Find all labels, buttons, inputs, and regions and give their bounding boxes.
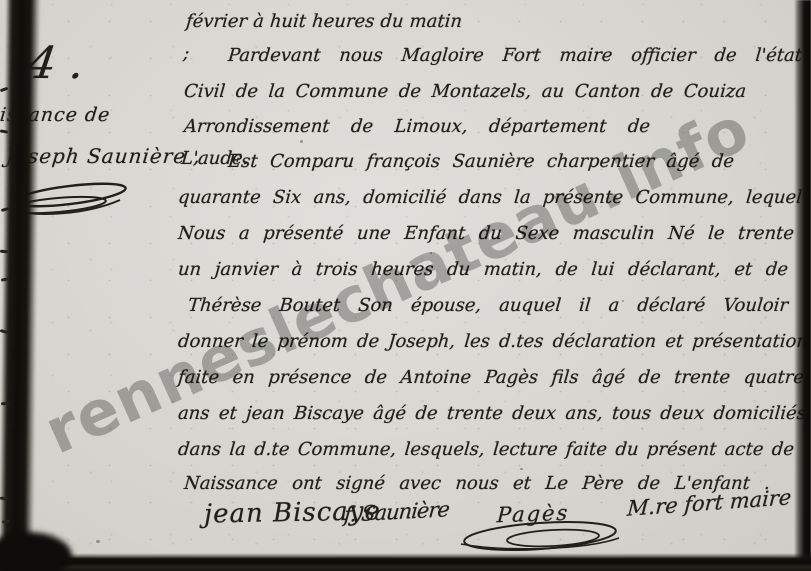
page-corner-shadow [0, 532, 72, 571]
manuscript-line: un janvier à trois heures du matin, de l… [177, 254, 790, 286]
scanned-register-page: 4 . Naissance de Joseph Saunière , févri… [0, 0, 811, 571]
paper-blotch [96, 540, 100, 543]
manuscript-line: Civil de la Commune de Montazels, au Can… [183, 76, 748, 108]
manuscript-line: Pardevant nous Magloire Fort maire offic… [227, 40, 804, 72]
manuscript-line: Arrondissement de Limoux, département de… [183, 111, 652, 143]
manuscript-line: Est Comparu françois Saunière charpentie… [227, 146, 736, 178]
signature-sauniere: f. Saunière [343, 497, 450, 527]
signature-pages: Pagès [496, 501, 570, 528]
manuscript-line: Thérèse Boutet Son épouse, auquel il a d… [187, 290, 790, 322]
manuscript-line: dans la d.te Commune, lesquels, lecture … [177, 434, 796, 466]
manuscript-line: faite en présence de Antoine Pagès fils … [177, 362, 806, 394]
edge-text-fragment [0, 129, 8, 133]
binding-shadow-left [0, 0, 41, 571]
manuscript-line: ans et jean Biscaye âgé de trente deux a… [177, 398, 808, 430]
manuscript-line: quarante Six ans, domicilié dans la prés… [177, 182, 804, 214]
page-edge-right [794, 0, 811, 571]
manuscript-line: Nous a présenté une Enfant du Sexe mascu… [177, 218, 796, 250]
page-edge-bottom [0, 553, 811, 571]
edge-text-fragment [0, 250, 8, 253]
manuscript-line: donner le prénom de Joseph, les d.tes dé… [177, 326, 810, 358]
manuscript-line: février à huit heures du matin ; [185, 6, 464, 38]
